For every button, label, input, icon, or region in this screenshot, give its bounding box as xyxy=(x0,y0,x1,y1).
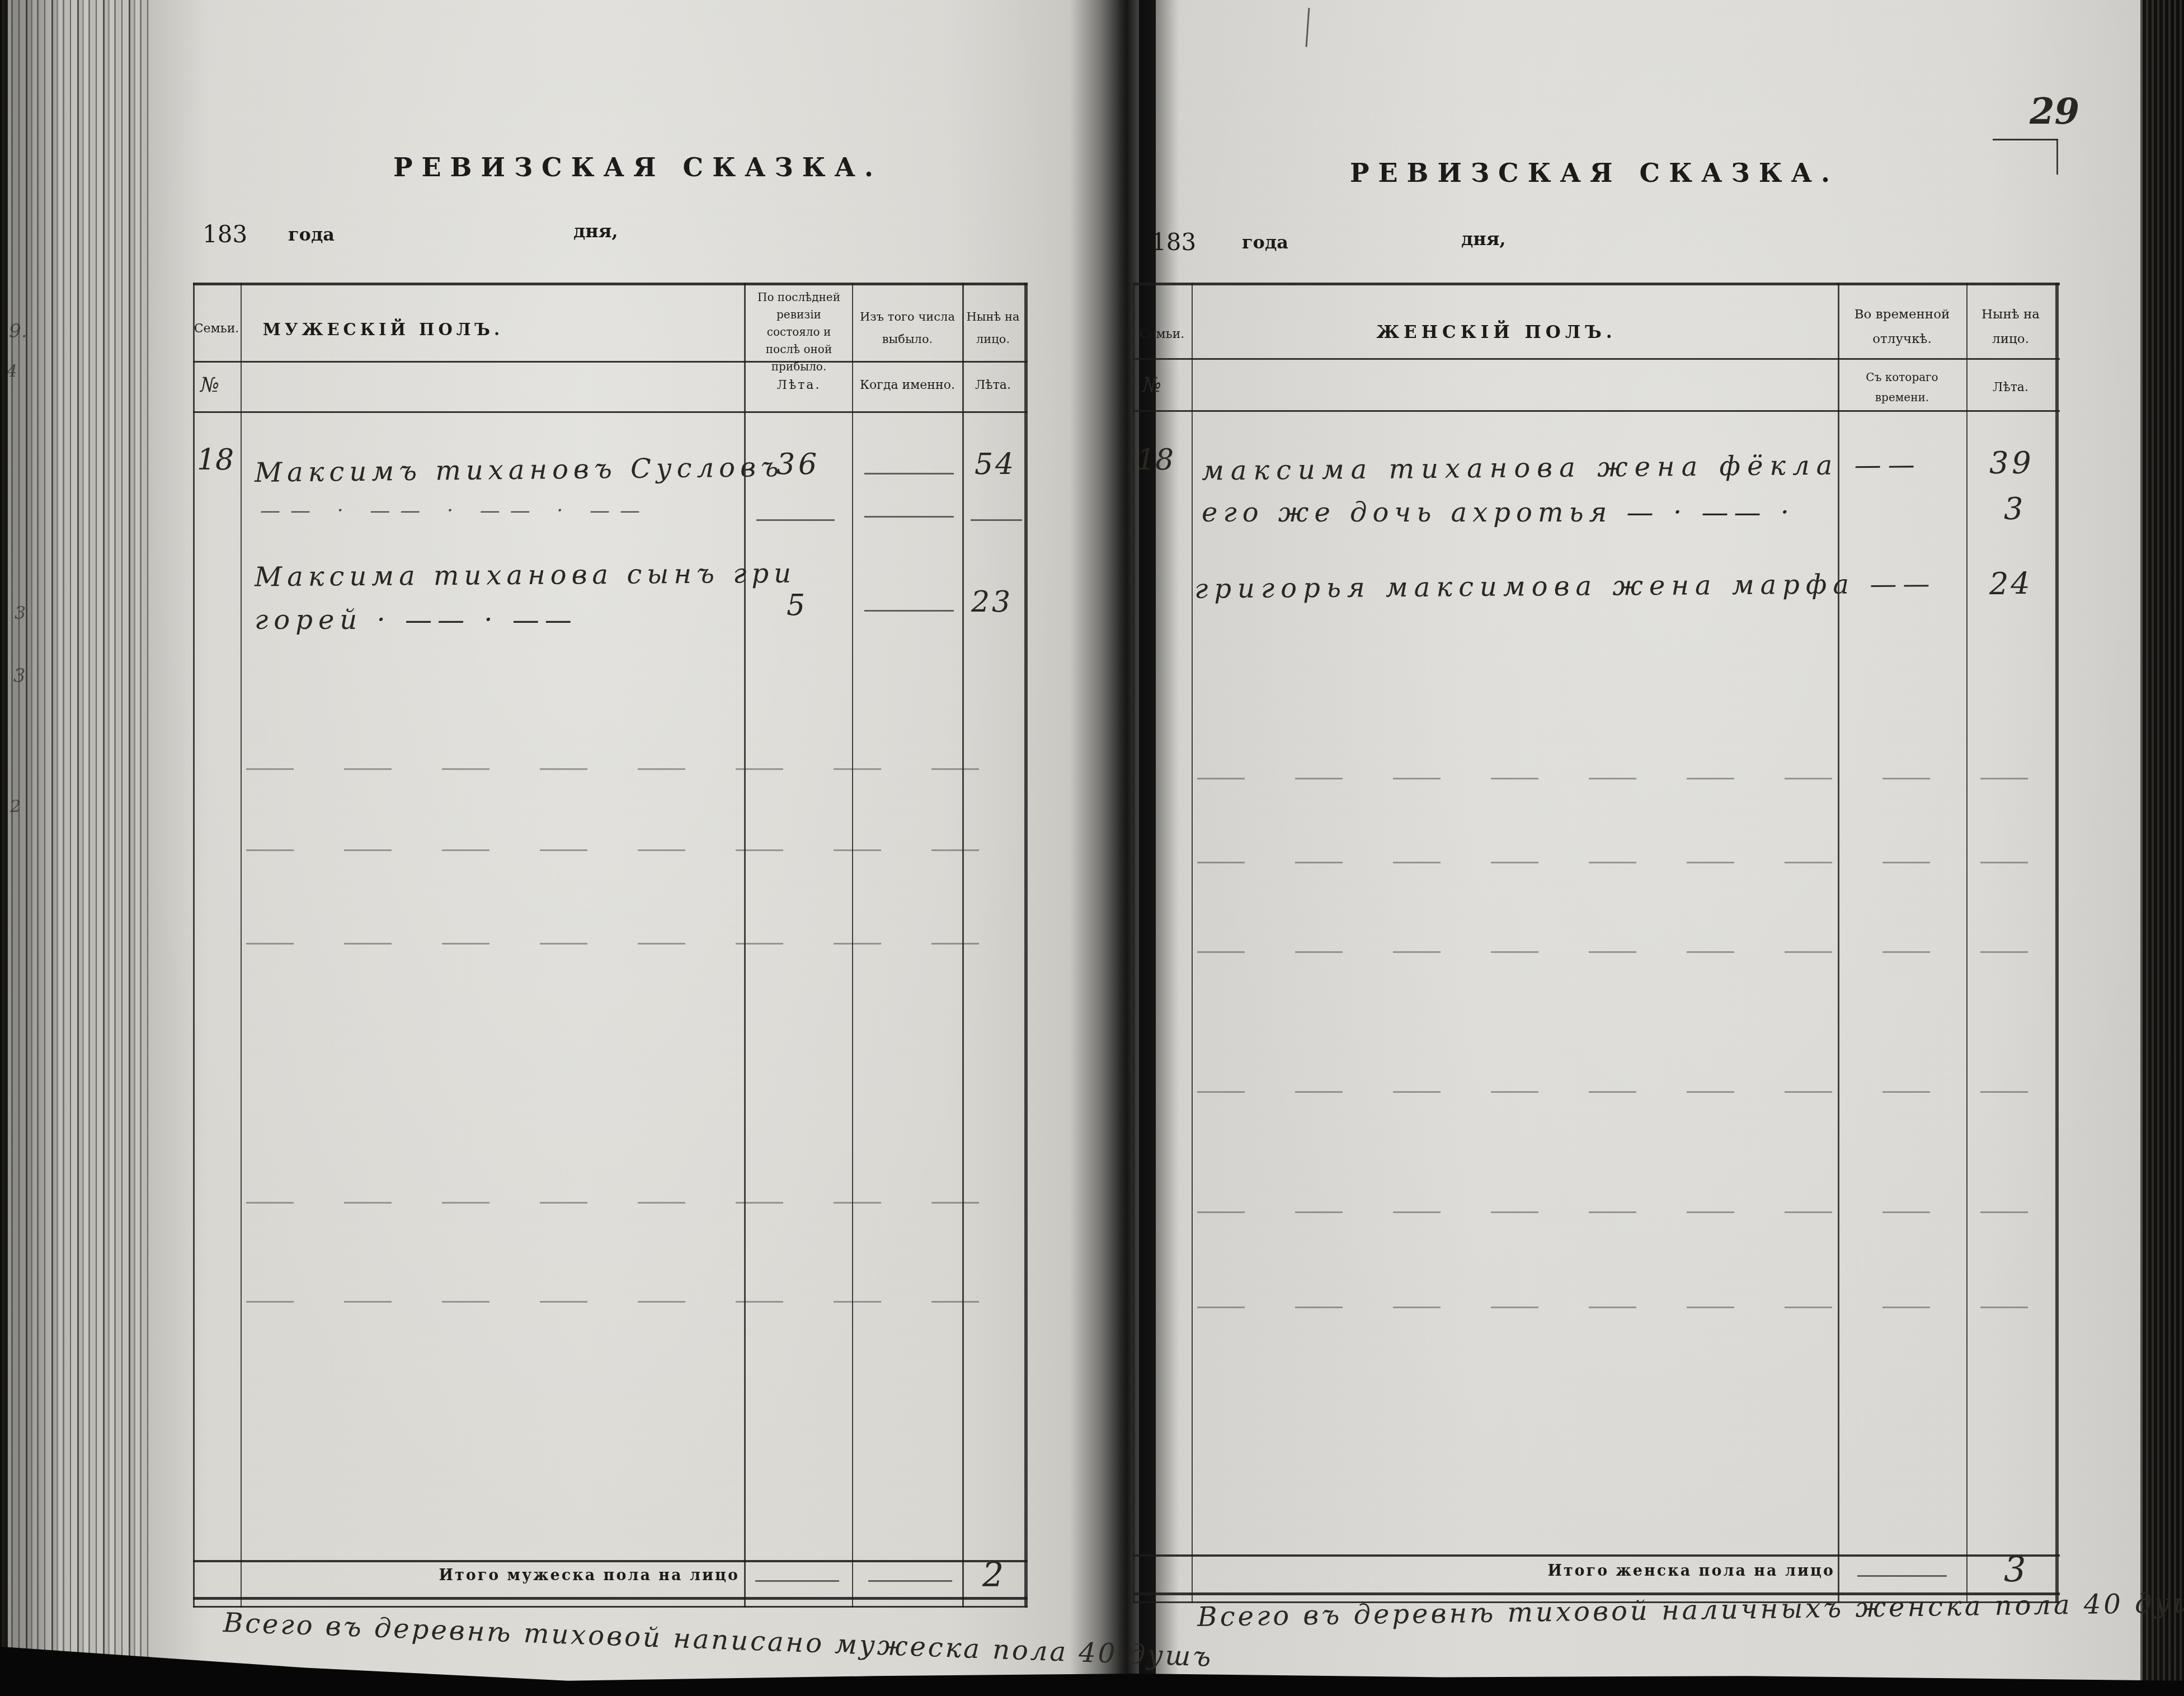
margin-mark: 9. xyxy=(9,320,27,342)
right-day-label: дня, xyxy=(1461,228,1506,250)
empty-row-rule xyxy=(1197,1211,2048,1213)
table-border xyxy=(193,361,1028,363)
col-header-absence: Во временной отлучкѣ. xyxy=(1842,302,1962,351)
entry-name: максима тиханова жена фёкла —— xyxy=(1202,449,1922,486)
ditto-dash xyxy=(864,516,954,518)
margin-mark: 3 xyxy=(13,665,26,687)
table-border xyxy=(1133,410,2060,412)
empty-row-rule xyxy=(246,1202,1018,1204)
table-border xyxy=(2055,283,2059,1603)
table-border xyxy=(193,1560,1028,1562)
table-border xyxy=(1966,283,1968,1603)
empty-row-rule xyxy=(246,1301,1018,1303)
ditto-dash xyxy=(756,519,835,521)
right-page-title: РЕВИЗСКАЯ СКАЗКА. xyxy=(1348,158,1841,188)
entry-name: его же дочь ахротья — · —— · xyxy=(1202,497,1795,528)
empty-row-rule xyxy=(1197,1091,2048,1093)
subcol-years-prev: Лѣта. xyxy=(750,378,848,392)
margin-mark: 4 xyxy=(7,361,17,381)
entry-age: 39 xyxy=(1989,445,2035,481)
total-male-value: 2 xyxy=(982,1556,1004,1595)
left-year-prefix: 183 xyxy=(203,220,247,248)
empty-row-rule xyxy=(1197,1307,2048,1308)
margin-mark: 2 xyxy=(10,797,21,816)
page-edge-stack xyxy=(0,0,150,1696)
total-female-label: Итого женска пола на лицо xyxy=(1533,1562,1835,1580)
table-border xyxy=(1192,283,1193,1603)
entry-age: 54 xyxy=(975,448,1016,481)
table-border xyxy=(1133,1554,2060,1557)
empty-row-rule xyxy=(246,768,1018,770)
table-border xyxy=(962,283,964,1608)
left-year-label: года xyxy=(288,224,335,245)
ditto-dash xyxy=(864,473,954,474)
empty-row-rule xyxy=(1197,862,2048,863)
left-page-title: РЕВИЗСКАЯ СКАЗКА. xyxy=(392,152,884,182)
entry-age: 5 xyxy=(787,589,805,622)
table-border xyxy=(1133,283,2060,285)
col-header-family: Семьи. xyxy=(192,322,241,336)
entry-name: Максимъ тихановъ Сусловъ xyxy=(255,452,784,488)
table-border xyxy=(1024,283,1028,1608)
table-border xyxy=(193,283,1028,285)
table-border xyxy=(193,1597,1028,1600)
table-border xyxy=(193,283,195,1608)
right-year-prefix: 183 xyxy=(1151,228,1196,256)
entry-name: горей · —— · —— xyxy=(255,604,577,636)
total-dash xyxy=(868,1580,952,1582)
entry-age: 24 xyxy=(1989,566,2032,602)
col-header-departed: Изъ того числа выбыло. xyxy=(856,306,959,350)
total-dash xyxy=(755,1580,839,1582)
subcol-family-no: № xyxy=(1142,374,1161,397)
right-book-edge xyxy=(2140,0,2184,1696)
col-header-female-sex: ЖЕНСКІЙ ПОЛЪ. xyxy=(1231,322,1762,342)
book-scan: 9. 4 3 3 2 РЕВИЗСКАЯ СКАЗКА. 183 года дн… xyxy=(0,0,2184,1696)
subcol-years-now: Лѣта. xyxy=(1968,380,2053,394)
col-header-male-sex: МУЖЕСКІЙ ПОЛЪ. xyxy=(255,320,512,339)
entry-name: григорья максимова жена марфа —— xyxy=(1194,568,1936,604)
empty-row-rule xyxy=(246,849,1018,851)
page-number-tick xyxy=(2056,139,2058,175)
entry-name: Максима тиханова сынъ гри xyxy=(255,558,796,593)
subcol-since-when: Съ котораго времени. xyxy=(1842,367,1962,407)
ditto-dash xyxy=(864,610,954,612)
family-number: 18 xyxy=(1137,443,1174,477)
margin-mark: 3 xyxy=(15,602,26,623)
col-header-present: Нынѣ на лицо. xyxy=(1968,302,2053,351)
subcol-family-no: № xyxy=(200,374,219,397)
entry-age: 3 xyxy=(2004,491,2023,527)
entry-ditto-row: —— · —— · —— · —— xyxy=(260,499,650,522)
table-border xyxy=(241,283,242,1608)
col-header-family: Семьи. xyxy=(1132,327,1192,341)
table-border xyxy=(193,1606,1028,1608)
empty-row-rule xyxy=(246,943,1018,945)
ditto-dash xyxy=(971,519,1022,521)
col-header-prev-revision: По послѣдней ревизіи состояло и послѣ он… xyxy=(750,289,848,375)
table-border xyxy=(193,411,1028,413)
entry-age: 23 xyxy=(971,585,1013,619)
subcol-when-exactly: Когда именно. xyxy=(856,378,959,392)
subcol-years-now: Лѣта. xyxy=(963,378,1023,392)
page-number-underline xyxy=(1993,139,2058,140)
table-border xyxy=(1133,358,2060,360)
empty-row-rule xyxy=(1197,951,2048,953)
total-dash xyxy=(1857,1575,1947,1577)
family-number: 18 xyxy=(197,443,234,477)
total-male-label: Итого мужеска пола на лицо xyxy=(392,1567,740,1584)
right-page xyxy=(1119,0,2143,1696)
table-border xyxy=(852,283,853,1608)
right-year-label: года xyxy=(1242,232,1288,253)
col-header-present: Нынѣ на лицо. xyxy=(963,306,1023,350)
left-day-label: дня, xyxy=(573,220,618,242)
left-page xyxy=(150,0,1119,1696)
total-female-value: 3 xyxy=(2004,1549,2026,1590)
page-number: 29 xyxy=(2030,91,2079,133)
empty-row-rule xyxy=(1197,778,2048,779)
entry-age: 36 xyxy=(776,448,820,481)
table-border xyxy=(1133,283,1135,1603)
